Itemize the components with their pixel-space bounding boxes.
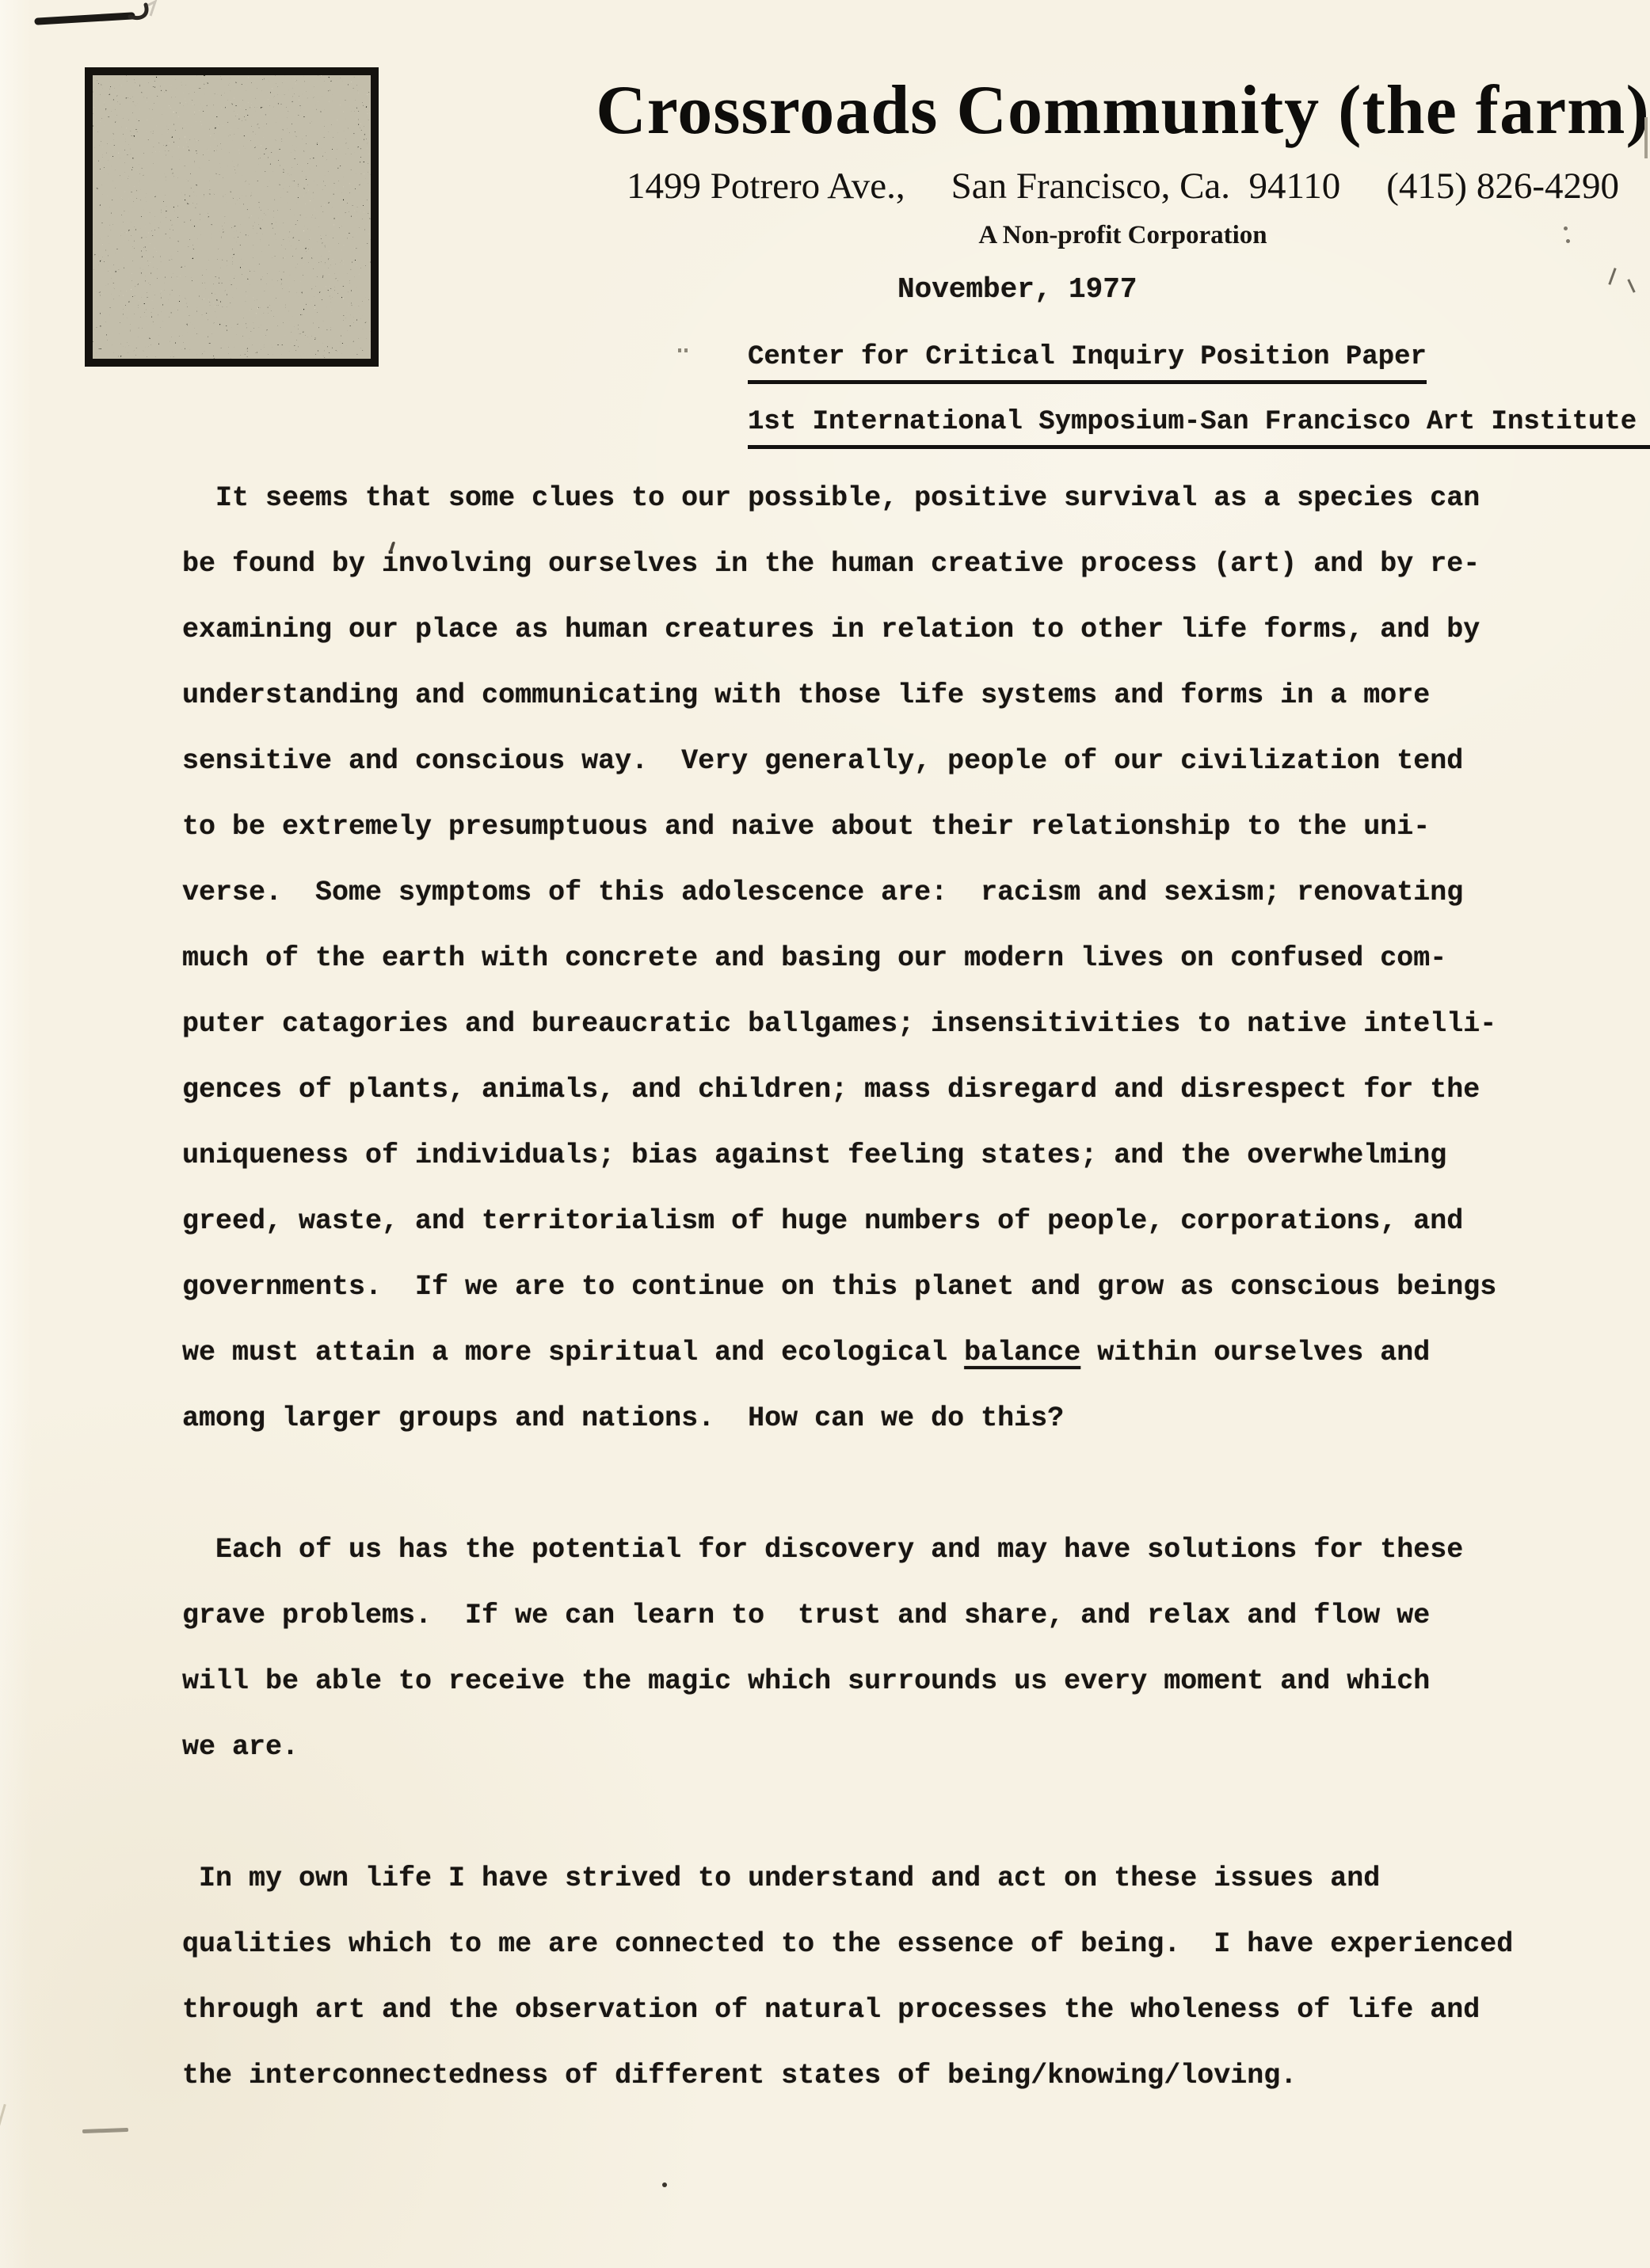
body-line: much of the earth with concrete and basi… xyxy=(182,926,1560,991)
cow-woodcut-svg xyxy=(85,67,379,367)
body-line: sensitive and conscious way. Very genera… xyxy=(182,729,1560,794)
body-line: the interconnectedness of different stat… xyxy=(182,2043,1560,2109)
body-line: qualities which to me are connected to t… xyxy=(182,1912,1560,1977)
stray-colon-dots xyxy=(1564,226,1568,244)
nonprofit-subtitle: A Non-profit Corporation xyxy=(596,223,1650,249)
paragraph-1: It seems that some clues to our possible… xyxy=(182,466,1560,1452)
heading-symposium: 1st International Symposium-San Francisc… xyxy=(748,409,1650,449)
body-line: through art and the observation of natur… xyxy=(182,1977,1560,2043)
body-line: Each of us has the potential for discove… xyxy=(182,1517,1560,1583)
body-line: verse. Some symptoms of this adolescence… xyxy=(182,860,1560,926)
scan-edge-mark xyxy=(1644,117,1648,158)
body-line: we are. xyxy=(182,1714,1560,1780)
heading-position-paper: Center for Critical Inquiry Position Pap… xyxy=(748,344,1427,384)
body-line: governments. If we are to continue on th… xyxy=(182,1254,1560,1320)
scan-crease xyxy=(0,2104,6,2153)
stray-dot xyxy=(662,2182,667,2187)
body-line-balance: we must attain a more spiritual and ecol… xyxy=(182,1320,1560,1386)
body-line: be found by involving ourselves in the h… xyxy=(182,531,1560,597)
letter-body: It seems that some clues to our possible… xyxy=(182,466,1560,2109)
pen-mark xyxy=(30,0,181,38)
body-line: puter catagories and bureaucratic ballga… xyxy=(182,991,1560,1057)
date-line: November, 1977 xyxy=(897,276,1137,304)
cow-woodcut-image xyxy=(85,67,379,367)
body-line: among larger groups and nations. How can… xyxy=(182,1386,1560,1452)
stray-tick-right-1 xyxy=(1608,268,1616,285)
body-line: gences of plants, animals, and children;… xyxy=(182,1057,1560,1123)
stray-tick-right-2 xyxy=(1627,279,1635,293)
scanned-letter-page: Crossroads Community (the farm) 1499 Pot… xyxy=(0,0,1650,2268)
body-line: uniqueness of individuals; bias against … xyxy=(182,1123,1560,1189)
body-line: In my own life I have strived to underst… xyxy=(182,1846,1560,1912)
body-line: to be extremely presumptuous and naive a… xyxy=(182,794,1560,860)
address-city: San Francisco, Ca. 94110 xyxy=(951,168,1341,205)
stray-bottom-dash xyxy=(82,2128,128,2133)
organization-title: Crossroads Community (the farm) xyxy=(596,76,1650,146)
body-line: greed, waste, and territorialism of huge… xyxy=(182,1189,1560,1254)
letterhead: Crossroads Community (the farm) 1499 Pot… xyxy=(596,76,1650,249)
balance-underlined-word: balance xyxy=(964,1337,1080,1368)
paragraph-2: Each of us has the potential for discove… xyxy=(182,1517,1560,1780)
paragraph-3: In my own life I have strived to underst… xyxy=(182,1846,1560,2109)
stray-quote-mark xyxy=(678,348,689,352)
balance-pre: we must attain a more spiritual and ecol… xyxy=(182,1337,964,1368)
body-line: understanding and communicating with tho… xyxy=(182,663,1560,729)
body-line: grave problems. If we can learn to trust… xyxy=(182,1583,1560,1649)
body-line: examining our place as human creatures i… xyxy=(182,597,1560,663)
body-line: will be able to receive the magic which … xyxy=(182,1649,1560,1714)
balance-post: within ourselves and xyxy=(1080,1337,1430,1368)
address-street: 1499 Potrero Ave., xyxy=(627,168,905,205)
address-phone: (415) 826-4290 xyxy=(1386,168,1619,205)
body-line: It seems that some clues to our possible… xyxy=(182,466,1560,531)
address-line: 1499 Potrero Ave., San Francisco, Ca. 94… xyxy=(596,168,1650,205)
